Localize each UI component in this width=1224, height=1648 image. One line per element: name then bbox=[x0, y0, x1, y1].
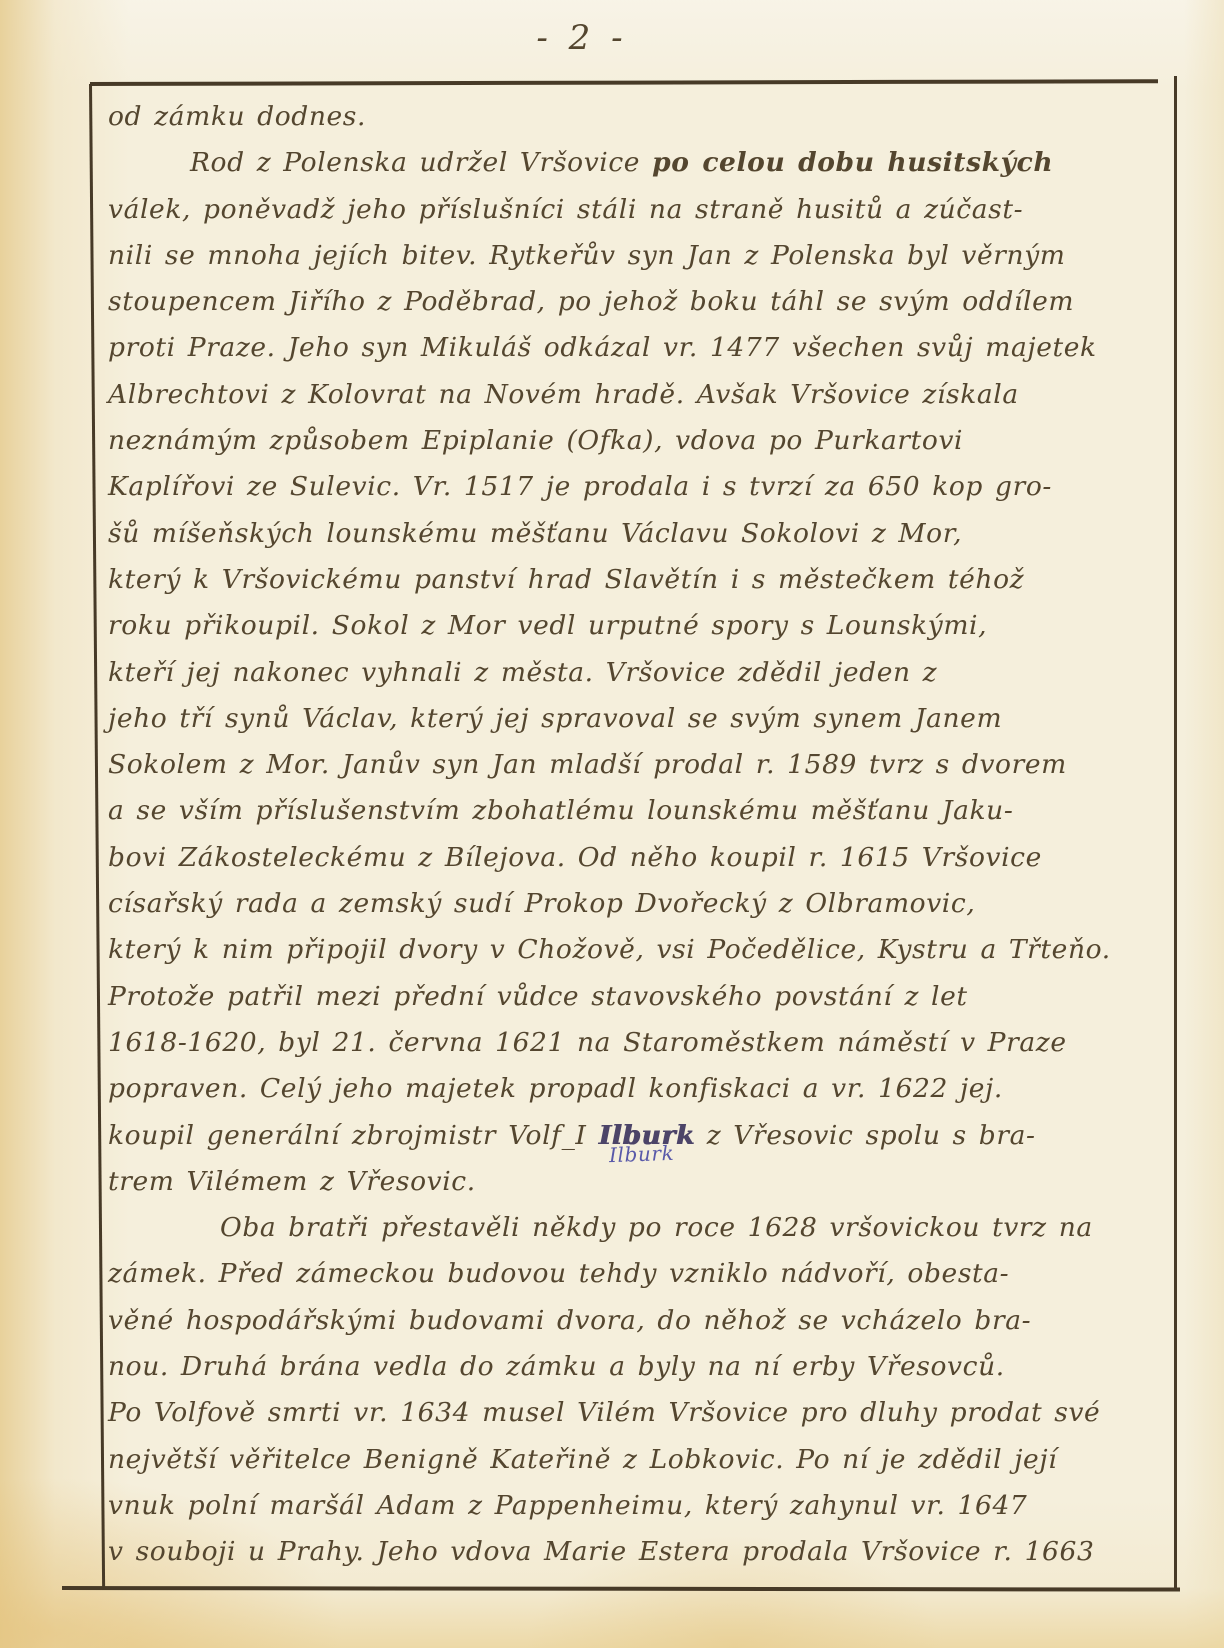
text-line: Albrechtovi z Kolovrat na Novém hradě. A… bbox=[108, 372, 1170, 418]
frame-edge-right bbox=[1174, 76, 1177, 1588]
text-segment: z Vřesovic spolu s bra- bbox=[695, 1120, 1036, 1151]
text-line: od zámku dodnes. bbox=[108, 94, 1170, 140]
text-line: jeho tří synů Václav, který jej spravova… bbox=[108, 696, 1170, 742]
text-line: válek, poněvadž jeho příslušníci stáli n… bbox=[108, 187, 1170, 233]
text-line: šů míšeňských lounskému měšťanu Václavu … bbox=[108, 511, 1170, 557]
text-line: 1618-1620, byl 21. června 1621 na Starom… bbox=[108, 1020, 1170, 1066]
text-line: Kaplířovi ze Sulevic. Vr. 1517 je prodal… bbox=[108, 464, 1170, 510]
text-line: koupil generální zbrojmistr Volf_I Ilbur… bbox=[108, 1113, 1170, 1159]
page-text: od zámku dodnes.Rod z Polenska udržel Vr… bbox=[108, 94, 1170, 1576]
text-line: proti Praze. Jeho syn Mikuláš odkázal vr… bbox=[108, 325, 1170, 371]
corrected-word: IlburkIlburk bbox=[599, 1113, 695, 1159]
text-line: vnuk polní maršál Adam z Pappenheimu, kt… bbox=[108, 1483, 1170, 1529]
text-line: v souboji u Prahy. Jeho vdova Marie Este… bbox=[108, 1529, 1170, 1575]
text-line: Oba bratři přestavěli někdy po roce 1628… bbox=[108, 1205, 1170, 1251]
blue-ink-correction: Ilburk bbox=[608, 1142, 674, 1164]
text-line: věné hospodářskými budovami dvora, do ně… bbox=[108, 1298, 1170, 1344]
text-line: nou. Druhá brána vedla do zámku a byly n… bbox=[108, 1344, 1170, 1390]
text-line: kteří jej nakonec vyhnali z města. Vršov… bbox=[108, 650, 1170, 696]
text-line: roku přikoupil. Sokol z Mor vedl urputné… bbox=[108, 603, 1170, 649]
text-line: císařský rada a zemský sudí Prokop Dvoře… bbox=[108, 881, 1170, 927]
text-line: největší věřitelce Benigně Kateřině z Lo… bbox=[108, 1437, 1170, 1483]
page-number: - 2 - bbox=[0, 18, 1164, 58]
text-line: Po Volfově smrti vr. 1634 musel Vilém Vr… bbox=[108, 1390, 1170, 1436]
text-line: který k nim připojil dvory v Chožově, vs… bbox=[108, 927, 1170, 973]
text-line: neznámým způsobem Epiplanie (Ofka), vdov… bbox=[108, 418, 1170, 464]
text-line: nili se mnoha jejích bitev. Rytkeřův syn… bbox=[108, 233, 1170, 279]
text-line: a se vším příslušenstvím zbohatlému loun… bbox=[108, 788, 1170, 834]
text-line: Protože patřil mezi přední vůdce stavovs… bbox=[108, 974, 1170, 1020]
text-line: zámek. Před zámeckou budovou tehdy vznik… bbox=[108, 1251, 1170, 1297]
scanned-page: { "page": { "page_number": "- 2 -" }, "c… bbox=[0, 0, 1224, 1648]
text-line: který k Vršovickému panství hrad Slavětí… bbox=[108, 557, 1170, 603]
text-line: Sokolem z Mor. Janův syn Jan mladší prod… bbox=[108, 742, 1170, 788]
text-line: Rod z Polenska udržel Vršovice po celou … bbox=[108, 140, 1170, 186]
text-line: bovi Zákosteleckému z Bílejova. Od něho … bbox=[108, 835, 1170, 881]
text-line: popraven. Celý jeho majetek propadl konf… bbox=[108, 1066, 1170, 1112]
text-line: stoupencem Jiřího z Poděbrad, po jehož b… bbox=[108, 279, 1170, 325]
text-segment: koupil generální zbrojmistr Volf_I bbox=[108, 1120, 599, 1151]
text-segment: Rod z Polenska udržel Vršovice bbox=[190, 147, 652, 178]
emphasized-text: po celou dobu husitských bbox=[652, 147, 1053, 178]
